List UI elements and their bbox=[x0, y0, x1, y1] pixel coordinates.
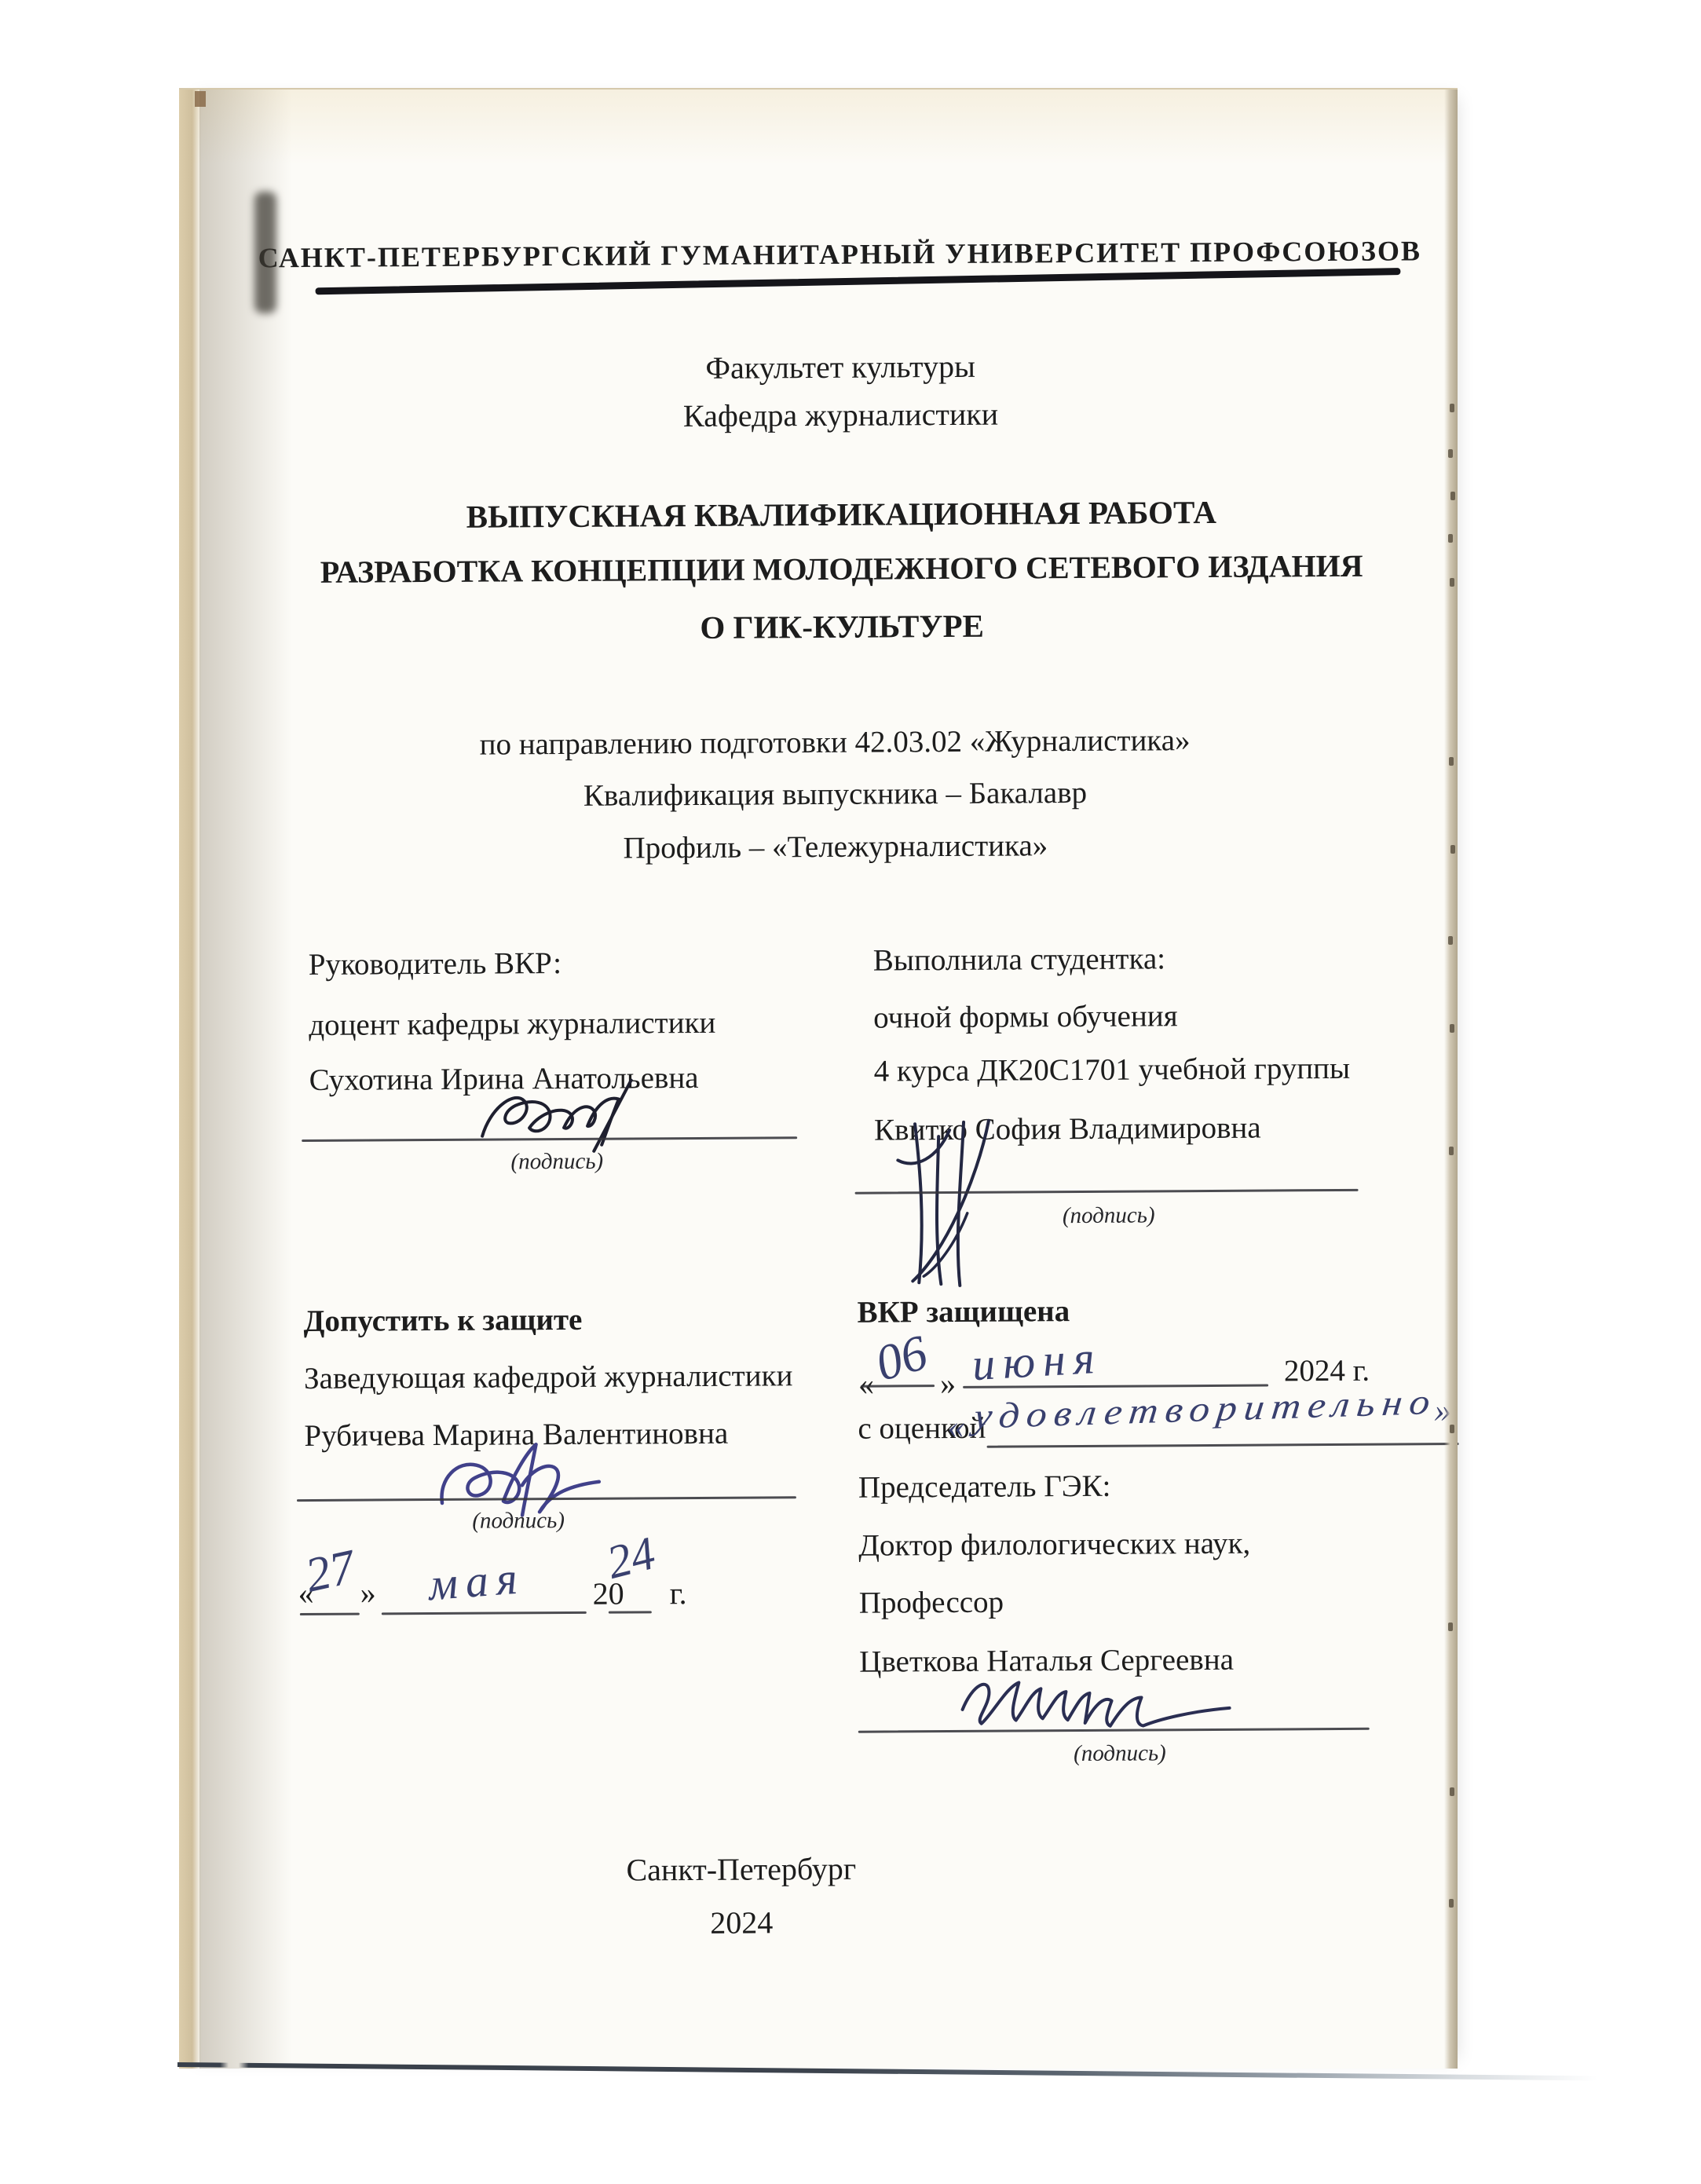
scanned-page: САНКТ-ПЕТЕРБУРГСКИЙ ГУМАНИТАРНЫЙ УНИВЕРС… bbox=[179, 88, 1458, 2069]
binding-speck bbox=[1450, 492, 1455, 500]
thesis-title-line: РАЗРАБОТКА КОНЦЕПЦИИ МОЛОДЕЖНОГО СЕТЕВОГ… bbox=[229, 549, 1454, 590]
defense-date-year: 2024 г. bbox=[1284, 1355, 1370, 1388]
binding-speck bbox=[1449, 1147, 1454, 1155]
binding-speck bbox=[1448, 449, 1453, 458]
admission-date-month-handwritten: мая bbox=[427, 1555, 527, 1608]
admission-date-year-line bbox=[609, 1611, 652, 1613]
grade-label: с оценкой bbox=[858, 1413, 986, 1446]
admission-signature-caption: (подпись) bbox=[297, 1508, 740, 1535]
binding-speck bbox=[1450, 845, 1455, 854]
binding-speck bbox=[1450, 1787, 1454, 1796]
binding-speck bbox=[1450, 578, 1454, 587]
admission-date-month-line bbox=[382, 1611, 587, 1615]
university-header: САНКТ-ПЕТЕРБУРГСКИЙ ГУМАНИТАРНЫЙ УНИВЕРС… bbox=[227, 236, 1452, 273]
qualification-line: Квалификация выпускника – Бакалавр bbox=[222, 775, 1447, 814]
student-signature bbox=[888, 1119, 1015, 1289]
supervisor-signature bbox=[477, 1078, 675, 1158]
page-content: САНКТ-ПЕТЕРБУРГСКИЙ ГУМАНИТАРНЫЙ УНИВЕРС… bbox=[179, 86, 1469, 2072]
footer-year: 2024 bbox=[270, 1904, 1213, 1942]
chairman-rank: Профессор bbox=[859, 1587, 1004, 1620]
binding-speck bbox=[1450, 1425, 1454, 1433]
footer-city: Санкт-Петербург bbox=[270, 1850, 1213, 1889]
supervisor-signature-caption: (подпись) bbox=[302, 1148, 812, 1175]
student-form: очной формы обучения bbox=[873, 1001, 1178, 1034]
grade-underline bbox=[987, 1443, 1459, 1448]
supervisor-position: доцент кафедры журналистики bbox=[309, 1008, 715, 1042]
spine-shadow-dark-streak bbox=[254, 192, 276, 313]
corner-mark bbox=[195, 91, 206, 107]
student-signature-caption: (подпись) bbox=[855, 1202, 1363, 1229]
binding-speck bbox=[1448, 1622, 1453, 1631]
admission-date-close-quote: » bbox=[360, 1576, 376, 1609]
binding-speck bbox=[1449, 1899, 1454, 1908]
profile-line: Профиль – «Тележурналистика» bbox=[223, 828, 1448, 867]
admission-date-year-suffix: г. bbox=[670, 1577, 687, 1610]
binding-speck bbox=[1450, 404, 1454, 412]
admission-date-day-line bbox=[300, 1613, 360, 1615]
chairman-degree: Доктор филологических наук, bbox=[858, 1528, 1250, 1563]
admission-position: Заведующая кафедрой журналистики bbox=[304, 1360, 793, 1396]
defense-date-day-handwritten: 06 bbox=[870, 1327, 932, 1389]
student-group: 4 курса ДК20С1701 учебной группы bbox=[874, 1053, 1351, 1088]
defense-date-day-line bbox=[861, 1385, 935, 1388]
defense-date-close-quote: » bbox=[940, 1367, 956, 1400]
grade-value-handwritten: удовлетворительно bbox=[972, 1384, 1439, 1435]
defense-date-month-handwritten: июня bbox=[971, 1335, 1103, 1388]
defense-heading: ВКР защищена bbox=[857, 1296, 1070, 1330]
binding-speck bbox=[1448, 936, 1453, 945]
program-direction: по направлению подготовки 42.03.02 «Журн… bbox=[222, 723, 1447, 763]
admission-date-day-handwritten: 27 bbox=[302, 1542, 360, 1601]
thesis-title-subject: О ГИК-КУЛЬТУРЕ bbox=[229, 606, 1454, 648]
work-type-title: ВЫПУСКНАЯ КВАЛИФИКАЦИОННАЯ РАБОТА bbox=[229, 494, 1454, 536]
supervisor-label: Руководитель ВКР: bbox=[309, 948, 562, 982]
binding-speck bbox=[1448, 534, 1453, 543]
binding-speck bbox=[1449, 757, 1454, 766]
grade-open-quote: « bbox=[947, 1410, 964, 1444]
chairman-label: Председатель ГЭК: bbox=[858, 1471, 1111, 1505]
binding-speck bbox=[1450, 1024, 1454, 1033]
page-left-edge bbox=[179, 90, 201, 2069]
faculty-line: Факультет культуры bbox=[228, 347, 1453, 388]
student-label: Выполнила студентка: bbox=[873, 943, 1166, 977]
department-line: Кафедра журналистики bbox=[228, 395, 1453, 436]
chairman-signature bbox=[954, 1663, 1238, 1735]
spine-shadow bbox=[199, 90, 292, 2069]
page-right-edge bbox=[1444, 90, 1458, 2069]
admission-heading: Допустить к защите bbox=[303, 1304, 582, 1338]
chairman-signature-caption: (подпись) bbox=[858, 1740, 1381, 1768]
